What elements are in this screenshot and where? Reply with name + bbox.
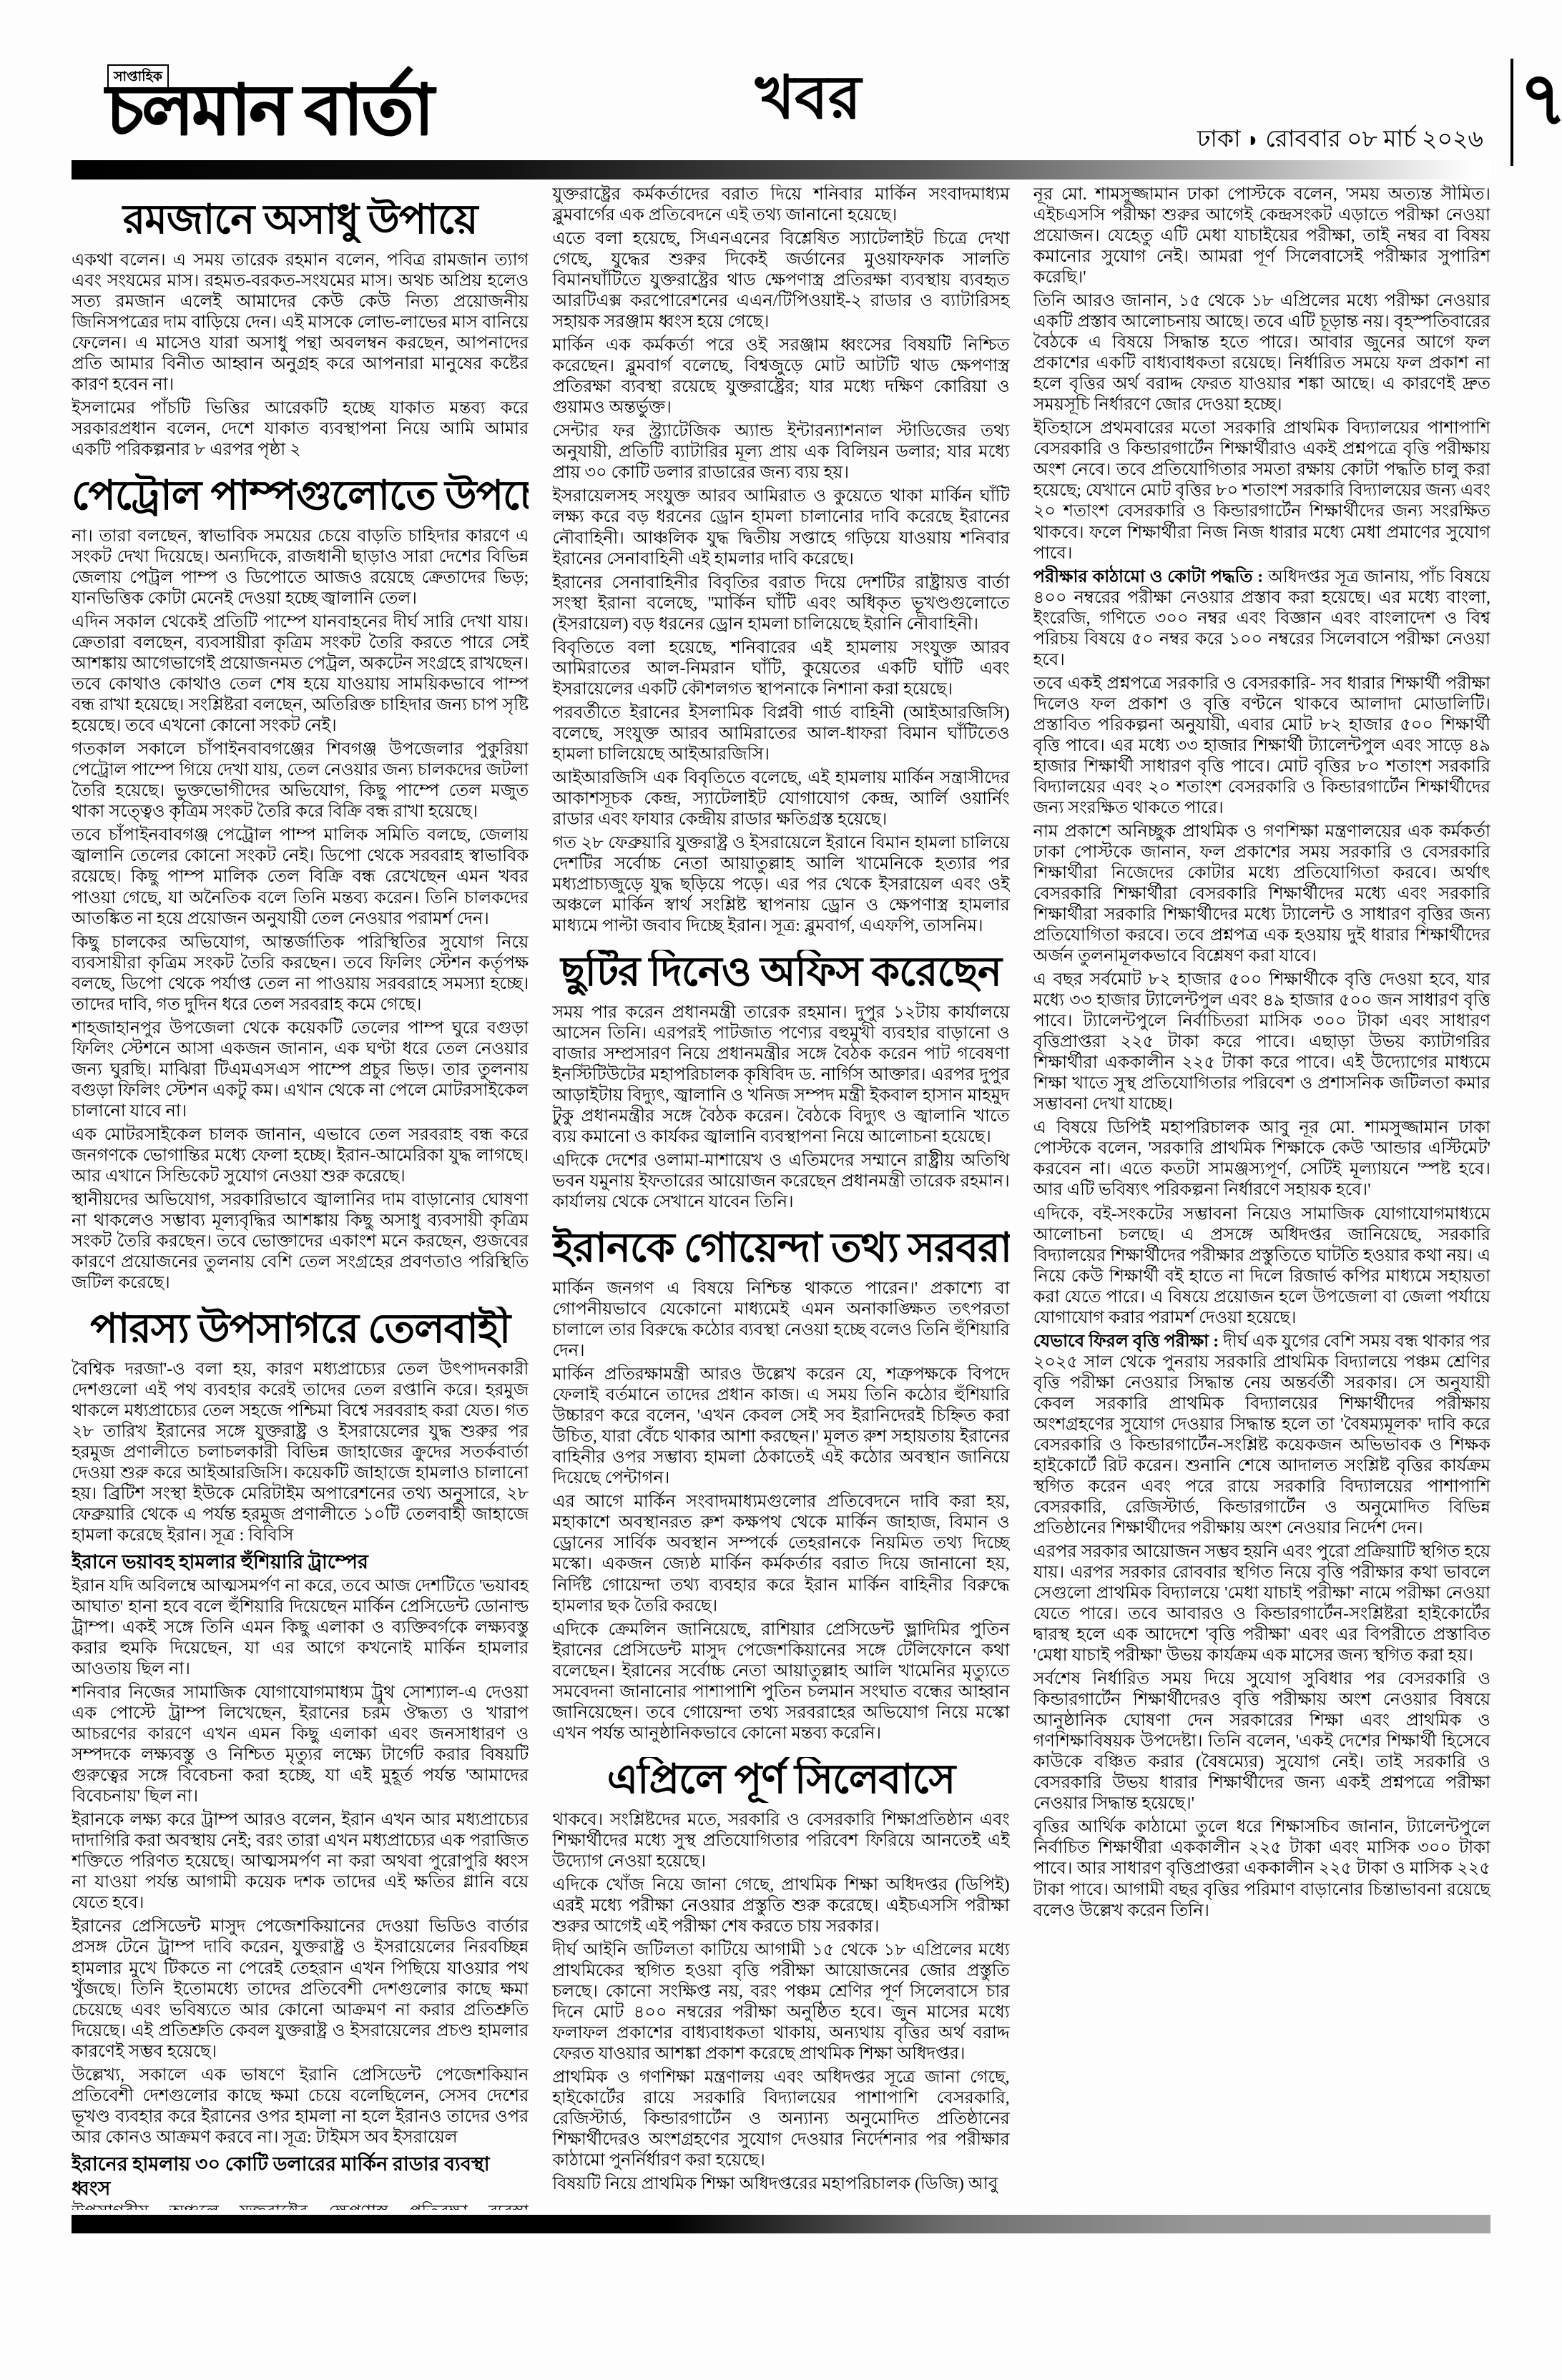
- article: এপ্রিলে পূর্ণ সিলেবাসেথাকবে। সংশ্লিষ্টদে…: [552, 1757, 1009, 2195]
- article-headline: রমজানে অসাধু উপায়ে: [72, 197, 529, 243]
- article-paragraph: মার্কিন এক কর্মকর্তা পরে ওই সরঞ্জাম ধ্বং…: [552, 335, 1009, 418]
- section-title: খবর: [722, 69, 894, 129]
- masthead: সাপ্তাহিক চলমান বার্তা: [106, 56, 564, 163]
- article-headline: পারস্য উপসাগরে তেলবাহী: [72, 1307, 529, 1352]
- column-3: নূর মো. শামসুজ্জামান ঢাকা পোস্টকে বলেন, …: [1033, 185, 1490, 2210]
- article-paragraph: মার্কিন প্রতিরক্ষামন্ত্রী আরও উল্লেখ করে…: [552, 1364, 1009, 1489]
- article-paragraph: উপসাগরীয় অঞ্চলে যুক্তরাষ্ট্রের ক্ষেপণাস…: [72, 2202, 529, 2210]
- article-paragraph: যেভাবে ফিরল বৃত্তি পরীক্ষা : দীর্ঘ এক যু…: [1033, 1332, 1490, 1539]
- article: পারস্য উপসাগরে তেলবাহীবৈশ্বিক দরজা'-ও বল…: [72, 1307, 529, 1546]
- article-paragraph: উল্লেখ্য, সকালে এক ভাষণে ইরানি প্রেসিডেন…: [72, 2065, 529, 2148]
- article-paragraph: ইরানের সেনাবাহিনীর বিবৃতির বরাত দিয়ে দে…: [552, 573, 1009, 635]
- article: ছুটির দিনেও অফিস করেছেনসময় পার করেন প্র…: [552, 950, 1009, 1213]
- article-paragraph: এরপর সরকার আয়োজন সম্ভব হয়নি এবং পুরো প…: [1033, 1542, 1490, 1666]
- article-paragraph: সময় পার করেন প্রধানমন্ত্রী তারেক রহমান।…: [552, 1003, 1009, 1148]
- article-paragraph: এ বিষয়ে ডিপিই মহাপরিচালক আবু নূর মো. শা…: [1033, 1118, 1490, 1201]
- article-paragraph: দীর্ঘ আইনি জটিলতা কাটিয়ে আগামী ১৫ থেকে …: [552, 1940, 1009, 2065]
- article-paragraph: একথা বলেন। এ সময় তারেক রহমান বলেন, পবিত…: [72, 250, 529, 395]
- article-paragraph: স্থানীয়দের অভিযোগ, সরকারিভাবে জ্বালানির…: [72, 1190, 529, 1294]
- paragraph-bold-lead: যেভাবে ফিরল বৃত্তি পরীক্ষা :: [1033, 1332, 1224, 1351]
- article-paragraph: এদিন সকাল থেকেই প্রতিটি পাম্পে যানবাহনের…: [72, 612, 529, 737]
- article-paragraph: মার্কিন জনগণ এ বিষয়ে নিশ্চিন্ত থাকতে পা…: [552, 1279, 1009, 1362]
- newspaper-page: সাপ্তাহিক চলমান বার্তা খবর ঢাকা ◗ রোববার…: [0, 0, 1562, 2380]
- article-paragraph: ইসলামের পাঁচটি ভিত্তির আরেকটি হচ্ছে যাকা…: [72, 398, 529, 461]
- article-paragraph: বিবৃতিতে বলা হয়েছে, শনিবারের এই হামলায়…: [552, 638, 1009, 700]
- article-paragraph: বৃত্তির আর্থিক কাঠামো তুলে ধরে শিক্ষাসচি…: [1033, 1817, 1490, 1921]
- article-paragraph: যুক্তরাষ্ট্রের কর্মকর্তাদের বরাত দিয়ে শ…: [552, 185, 1009, 226]
- article-paragraph: সেন্টার ফর স্ট্র্যাটেজিক অ্যান্ড ইন্টারন…: [552, 421, 1009, 483]
- article-paragraph: গতকাল সকালে চাঁপাইনবাবগঞ্জের শিবগঞ্জ উপজ…: [72, 739, 529, 822]
- article-paragraph: এদিকে, বই-সংকটের সম্ভাবনা নিয়েও সামাজিক…: [1033, 1204, 1490, 1329]
- dateline: ঢাকা ◗ রোববার ০৮ মার্চ ২০২৬: [1083, 120, 1483, 160]
- article-paragraph: বিষয়টি নিয়ে প্রাথমিক শিক্ষা অধিদপ্তরের…: [552, 2174, 1009, 2195]
- article-paragraph: পরবর্তীতে ইরানের ইসলামিক বিপ্লবী গার্ড ব…: [552, 703, 1009, 765]
- footer-rule: [72, 2215, 1490, 2233]
- article-paragraph: নাম প্রকাশে অনিচ্ছুক প্রাথমিক ও গণশিক্ষা…: [1033, 822, 1490, 967]
- article: রমজানে অসাধু উপায়েএকথা বলেন। এ সময় তার…: [72, 197, 529, 461]
- article-paragraph: গত ২৮ ফেব্রুয়ারি যুক্তরাষ্ট্র ও ইসরায়ে…: [552, 833, 1009, 937]
- article: পেট্রোল পাম্পগুলোতে উপচেনা। তারা বলছেন, …: [72, 473, 529, 1294]
- article-subhead: ইরানে ভয়াবহ হামলার হুঁশিয়ারি ট্রাম্পের: [72, 1550, 529, 1575]
- article-paragraph: থাকবে। সংশ্লিষ্টদের মতে, সরকারি ও বেসরকা…: [552, 1810, 1009, 1872]
- article-paragraph: ইতিহাসে প্রথমবারের মতো সরকারি প্রাথমিক ব…: [1033, 418, 1490, 564]
- article-paragraph: পরীক্ষার কাঠামো ও কোটা পদ্ধতি : অধিদপ্তর…: [1033, 567, 1490, 671]
- dateline-date: রোববার ০৮ মার্চ ২০২৬: [1265, 127, 1483, 152]
- article-paragraph: কিছু চালকের অভিযোগ, আন্তর্জাতিক পরিস্থিত…: [72, 933, 529, 1016]
- article: ইরানকে গোয়েন্দা তথ্য সরবরাহমার্কিন জনগণ…: [552, 1226, 1009, 1744]
- newspaper-logo: চলমান বার্তা: [106, 76, 432, 146]
- dateline-bullet-icon: ◗: [1247, 128, 1259, 152]
- article-paragraph: ইসরায়েলসহ সংযুক্ত আরব আমিরাত ও কুয়েতে …: [552, 486, 1009, 569]
- article-headline: ইরানকে গোয়েন্দা তথ্য সরবরাহ: [552, 1226, 1009, 1272]
- article: যুক্তরাষ্ট্রের কর্মকর্তাদের বরাত দিয়ে শ…: [552, 185, 1009, 937]
- article-paragraph: এদিকে খোঁজ নিয়ে জানা গেছে, প্রাথমিক শিক…: [552, 1875, 1009, 1937]
- article-paragraph: এতে বলা হয়েছে, সিএনএনের বিশ্লেষিত স্যাট…: [552, 229, 1009, 333]
- page-number: ৭: [1519, 63, 1561, 137]
- page-number-divider: [1511, 59, 1513, 166]
- article-paragraph: ইরানের প্রেসিডেন্ট মাসুদ পেজেশকিয়ানের দ…: [72, 1917, 529, 2062]
- article: ইরানে ভয়াবহ হামলার হুঁশিয়ারি ট্রাম্পের…: [72, 1550, 529, 2148]
- article-paragraph: প্রাথমিক ও গণশিক্ষা মন্ত্রণালয় এবং অধিদ…: [552, 2067, 1009, 2171]
- article: নূর মো. শামসুজ্জামান ঢাকা পোস্টকে বলেন, …: [1033, 185, 1490, 1922]
- paragraph-bold-lead: পরীক্ষার কাঠামো ও কোটা পদ্ধতি :: [1033, 568, 1269, 586]
- article-paragraph: না। তারা বলছেন, স্বাভাবিক সময়ের চেয়ে ব…: [72, 526, 529, 609]
- article-headline: ছুটির দিনেও অফিস করেছেন: [552, 950, 1009, 995]
- article-paragraph: তবে একই প্রশ্নপত্রে সরকারি ও বেসরকারি- স…: [1033, 674, 1490, 819]
- article-headline: পেট্রোল পাম্পগুলোতে উপচে: [72, 473, 529, 519]
- article-paragraph: তবে চাঁপাইনবাবগঞ্জ পেট্রোল পাম্প মালিক স…: [72, 825, 529, 929]
- article: ইরানের হামলায় ৩০ কোটি ডলারের মার্কিন রা…: [72, 2153, 529, 2210]
- article-columns: রমজানে অসাধু উপায়েএকথা বলেন। এ সময় তার…: [72, 185, 1490, 2210]
- article-paragraph: ইরান যদি অবিলম্বে আত্মসমর্পণ না করে, তবে…: [72, 1576, 529, 1680]
- article-paragraph: এদিকে দেশের ওলামা-মাশায়েখ ও এতিমদের সম্…: [552, 1151, 1009, 1213]
- article-paragraph: এক মোটরসাইকেল চালক জানান, এভাবে তেল সরবর…: [72, 1125, 529, 1187]
- column-1: রমজানে অসাধু উপায়েএকথা বলেন। এ সময় তার…: [72, 185, 529, 2210]
- column-2: যুক্তরাষ্ট্রের কর্মকর্তাদের বরাত দিয়ে শ…: [552, 185, 1009, 2210]
- article-subhead: ইরানের হামলায় ৩০ কোটি ডলারের মার্কিন রা…: [72, 2153, 529, 2201]
- article-paragraph: আইআরজিসি এক বিবৃতিতে বলেছে, এই হামলায় ম…: [552, 768, 1009, 830]
- article-paragraph: বৈশ্বিক দরজা'-ও বলা হয়, কারণ মধ্যপ্রাচ্…: [72, 1359, 529, 1546]
- article-headline: এপ্রিলে পূর্ণ সিলেবাসে: [552, 1757, 1009, 1803]
- header-rule: [72, 160, 1490, 180]
- dateline-city: ঢাকা: [1197, 127, 1241, 152]
- article-paragraph: এর আগে মার্কিন সংবাদমাধ্যমগুলোর প্রতিবেদ…: [552, 1492, 1009, 1616]
- article-paragraph: এ বছর সর্বমোট ৮২ হাজার ৫০০ শিক্ষার্থীকে …: [1033, 970, 1490, 1115]
- article-paragraph: ইরানকে লক্ষ্য করে ট্রাম্প আরও বলেন, ইরান…: [72, 1810, 529, 1914]
- article-paragraph: নূর মো. শামসুজ্জামান ঢাকা পোস্টকে বলেন, …: [1033, 185, 1490, 288]
- article-paragraph: শাহজাহানপুর উপজেলা থেকে কয়েকটি তেলের পা…: [72, 1018, 529, 1122]
- article-paragraph: শনিবার নিজের সামাজিক যোগাযোগমাধ্যম ট্রুথ…: [72, 1683, 529, 1807]
- article-paragraph: সর্বশেষ নির্ধারিত সময় দিয়ে সুযোগ সুবিধ…: [1033, 1669, 1490, 1814]
- article-paragraph: এদিকে ক্রেমলিন জানিয়েছে, রাশিয়ার প্রেস…: [552, 1620, 1009, 1744]
- article-paragraph: তিনি আরও জানান, ১৫ থেকে ১৮ এপ্রিলের মধ্য…: [1033, 291, 1490, 415]
